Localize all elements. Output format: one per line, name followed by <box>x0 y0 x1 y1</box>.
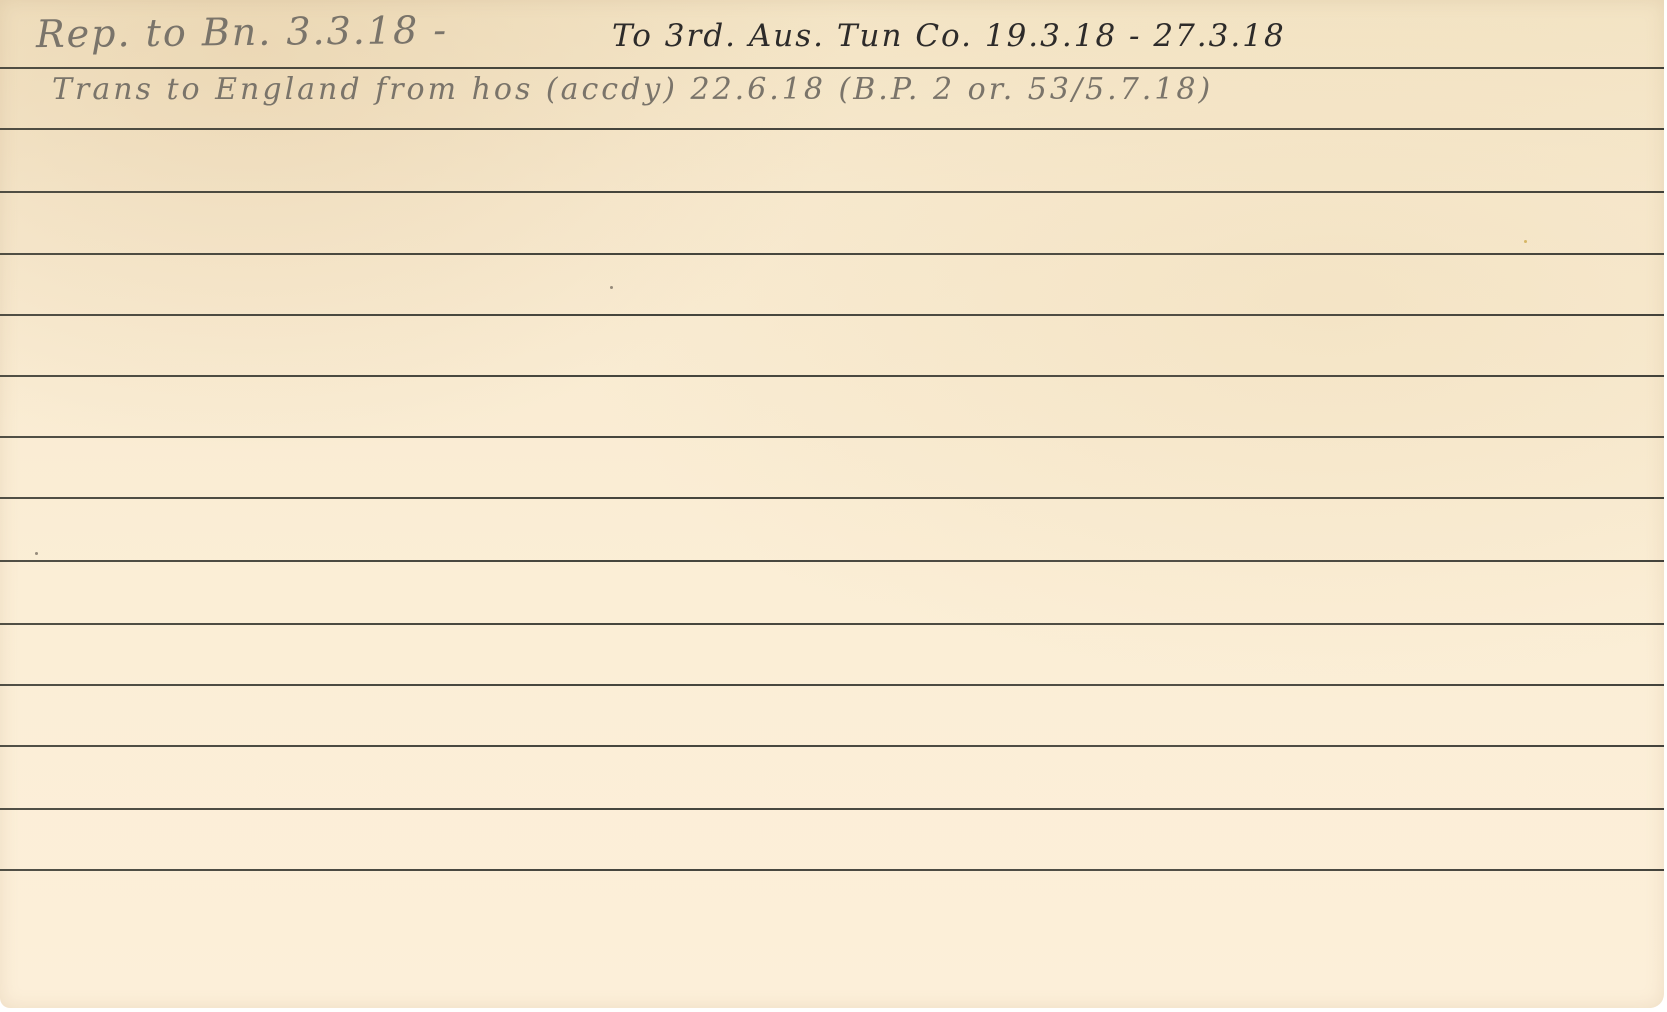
ruled-line <box>0 128 1664 130</box>
ruled-line <box>0 745 1664 747</box>
ruled-line <box>0 497 1664 499</box>
ruled-line <box>0 314 1664 316</box>
ruled-line <box>0 684 1664 686</box>
record-card: Rep. to Bn. 3.3.18 - To 3rd. Aus. Tun Co… <box>0 0 1664 1008</box>
paper-speck <box>35 552 38 555</box>
entry-tunnelling-company: To 3rd. Aus. Tun Co. 19.3.18 - 27.3.18 <box>612 18 1286 54</box>
ruled-line <box>0 253 1664 255</box>
ruled-line <box>0 67 1664 69</box>
paper-speck <box>610 286 613 289</box>
ruled-line <box>0 560 1664 562</box>
entry-rejoined-battalion: Rep. to Bn. 3.3.18 - <box>36 8 449 56</box>
ruled-line <box>0 869 1664 871</box>
ruled-line <box>0 808 1664 810</box>
ruled-line <box>0 191 1664 193</box>
entry-transfer-england: Trans to England from hos (accdy) 22.6.1… <box>52 72 1213 107</box>
ruled-line <box>0 436 1664 438</box>
paper-speck <box>1524 240 1527 243</box>
ruled-line <box>0 623 1664 625</box>
ruled-line <box>0 375 1664 377</box>
